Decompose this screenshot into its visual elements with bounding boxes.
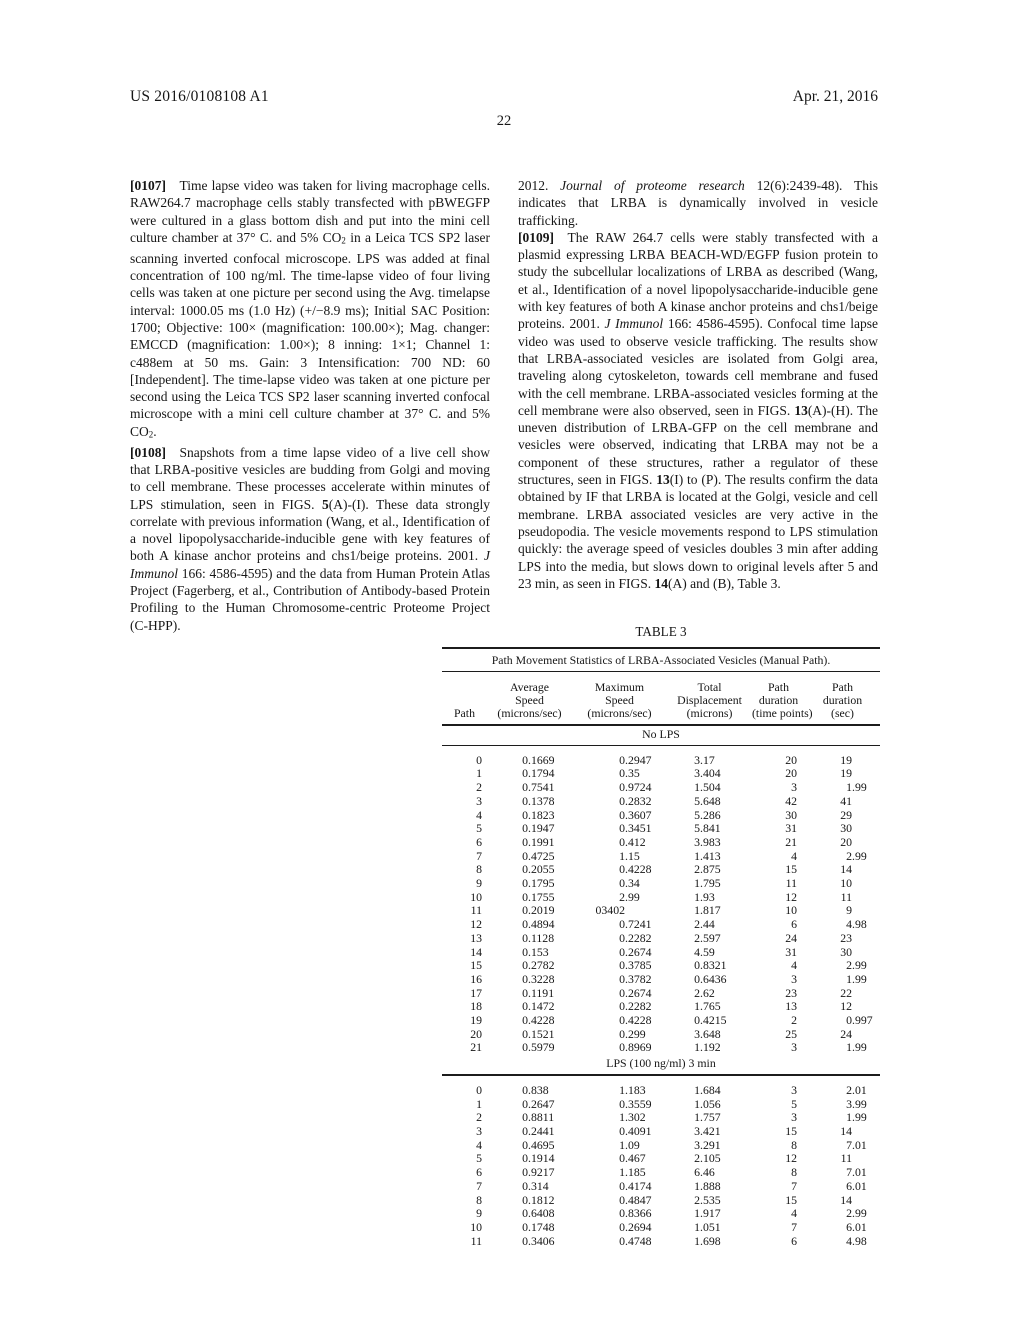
frac-part: .983 (700, 835, 721, 849)
frac-part: .3451 (625, 821, 652, 835)
int-part: 2 (667, 918, 700, 932)
value-cell: 31 (752, 822, 805, 836)
int-part: 0 (487, 795, 528, 809)
value-cell: 3.99 (805, 1098, 880, 1112)
frac-part: .153 (528, 945, 549, 959)
frac-part: .4894 (528, 917, 555, 931)
value-cell: 0.997 (805, 1014, 880, 1028)
int-part: 4 (752, 850, 797, 864)
value-cell: 0.3228 (487, 973, 572, 987)
value-cell: 42 (752, 795, 805, 809)
frac-part: .192 (700, 1040, 721, 1054)
text-run: 14 (655, 576, 669, 591)
value-cell: 0.9724 (572, 781, 667, 795)
text-run: . (153, 424, 156, 439)
frac-part: .99 (852, 1110, 867, 1124)
value-cell: 6.01 (805, 1221, 880, 1235)
int-part: 0 (572, 1221, 625, 1235)
int-part: 0 (487, 973, 528, 987)
path-id-cell: 2 (442, 1111, 487, 1125)
value-cell: 10 (805, 877, 880, 891)
frac-part: .1755 (528, 890, 555, 904)
value-cell: 1.888 (667, 1180, 752, 1194)
int-part: 0 (487, 836, 528, 850)
value-cell: 4.98 (805, 918, 880, 932)
int-part: 0 (487, 822, 528, 836)
int-part: 2 (667, 1194, 700, 1208)
int-part: 10 (805, 877, 852, 891)
int-part: 7 (752, 1180, 797, 1194)
frac-part: .5979 (528, 1040, 555, 1054)
int-part: 0 (572, 946, 625, 960)
int-part: 1 (667, 1041, 700, 1055)
frac-part: .1128 (528, 931, 554, 945)
path-id-cell: 10 (442, 891, 487, 905)
value-cell: 0.3559 (572, 1098, 667, 1112)
value-cell: 24 (752, 932, 805, 946)
int-part: 7 (805, 1139, 852, 1153)
frac-part: .1823 (528, 808, 555, 822)
table-row: 100.17480.26941.05176.01 (442, 1221, 880, 1235)
value-cell: 31 (752, 946, 805, 960)
path-id-cell: 20 (442, 1028, 487, 1042)
value-cell: 11 (805, 1152, 880, 1166)
int-part: 0 (572, 1125, 625, 1139)
path-id-cell: 19 (442, 1014, 487, 1028)
path-id-cell: 5 (442, 1152, 487, 1166)
int-part: 1 (667, 1180, 700, 1194)
int-part: 0 (572, 918, 625, 932)
int-part: 0 (487, 1221, 528, 1235)
frac-part: .2782 (528, 958, 555, 972)
frac-part: .01 (852, 1165, 867, 1179)
value-cell: 19 (805, 767, 880, 781)
frac-part: .59 (700, 945, 715, 959)
value-cell: 0.412 (572, 836, 667, 850)
frac-part: .9724 (625, 780, 652, 794)
int-part: 0 (487, 1041, 528, 1055)
value-cell: 2.99 (805, 850, 880, 864)
frac-part: .4174 (625, 1179, 652, 1193)
value-cell: 6.46 (667, 1166, 752, 1180)
text-run: 13 (656, 472, 670, 487)
int-part: 0 (572, 1000, 625, 1014)
path-id-cell: 13 (442, 932, 487, 946)
frac-part: .62 (700, 986, 715, 1000)
int-part: 0 (572, 973, 625, 987)
value-cell: 29 (805, 809, 880, 823)
int-part: 6 (805, 1221, 852, 1235)
frac-part: .2674 (625, 945, 652, 959)
int-part: 0 (572, 781, 625, 795)
table-row: 190.42280.42280.421520.997 (442, 1014, 880, 1028)
path-id-cell: 3 (442, 1125, 487, 1139)
frac-part: .2055 (528, 862, 555, 876)
frac-part: .99 (852, 1097, 867, 1111)
table-row: 80.18120.48472.5351514 (442, 1194, 880, 1208)
int-part: 5 (667, 809, 700, 823)
int-part: 0 (487, 850, 528, 864)
frac-part: .765 (700, 999, 721, 1013)
table-row: 40.18230.36075.2863029 (442, 809, 880, 823)
paragraph: [0109] The RAW 264.7 cells were stably t… (518, 229, 878, 592)
value-cell: 0.6408 (487, 1207, 572, 1221)
path-id-cell: 9 (442, 877, 487, 891)
path-id-cell: 12 (442, 918, 487, 932)
frac-part: .01 (852, 1138, 867, 1152)
int-part: 6 (667, 1166, 700, 1180)
int-part: 4 (752, 1207, 797, 1221)
int-part: 2 (805, 1084, 852, 1098)
int-part: 0 (487, 781, 528, 795)
value-cell: 2.01 (805, 1075, 880, 1098)
column-header: TotalDisplacement(microns) (667, 672, 752, 725)
int-part: 0 (487, 1014, 528, 1028)
frac-part: .01 (852, 1179, 867, 1193)
path-id-cell: 11 (442, 904, 487, 918)
frac-part: .3782 (625, 972, 652, 986)
int-part: 0 (487, 946, 528, 960)
path-id-cell: 5 (442, 822, 487, 836)
int-part: 14 (805, 1194, 852, 1208)
value-cell: 3 (752, 1075, 805, 1098)
frac-part: .684 (700, 1083, 721, 1097)
int-part: 15 (752, 863, 797, 877)
int-part: 0 (572, 1098, 625, 1112)
value-cell: 0.9217 (487, 1166, 572, 1180)
int-part: 0 (487, 1166, 528, 1180)
value-cell: 25 (752, 1028, 805, 1042)
int-part: 11 (752, 877, 797, 891)
value-cell: 30 (805, 822, 880, 836)
value-cell: 1.795 (667, 877, 752, 891)
int-part: 42 (752, 795, 797, 809)
value-cell: 0.2441 (487, 1125, 572, 1139)
path-id-cell: 2 (442, 781, 487, 795)
frac-part: .7541 (528, 780, 555, 794)
int-part: 0 (667, 1014, 700, 1028)
int-part: 15 (752, 1194, 797, 1208)
int-part: 3 (667, 1125, 700, 1139)
value-cell: 03402 (572, 904, 667, 918)
frac-part: .98 (852, 917, 867, 931)
frac-part: .875 (700, 862, 721, 876)
value-cell: 0.2055 (487, 863, 572, 877)
value-cell: 2 (752, 1014, 805, 1028)
int-part: 0 (572, 877, 625, 891)
int-part: 7 (752, 1221, 797, 1235)
frac-part: .4725 (528, 849, 555, 863)
int-part: 0 (572, 1014, 625, 1028)
int-part: 0 (667, 973, 700, 987)
value-cell: 24 (805, 1028, 880, 1042)
value-cell: 0.2282 (572, 1000, 667, 1014)
left-column: [0107] Time lapse video was taken for li… (130, 177, 490, 634)
int-part: 0 (487, 1084, 528, 1098)
text-run: in a Leica TCS SP2 laser scanning invert… (130, 230, 490, 439)
int-part: 3 (805, 1098, 852, 1112)
frac-part: .413 (700, 849, 721, 863)
value-cell: 9 (805, 904, 880, 918)
value-cell: 1.99 (805, 1111, 880, 1125)
table-row: 10.17940.353.4042019 (442, 767, 880, 781)
value-cell: 0.1823 (487, 809, 572, 823)
value-cell: 2.99 (805, 959, 880, 973)
value-cell: 0.4894 (487, 918, 572, 932)
table-row: 50.19140.4672.1051211 (442, 1152, 880, 1166)
value-cell: 8 (752, 1166, 805, 1180)
int-part: 1 (572, 1111, 625, 1125)
frac-part: .4091 (625, 1124, 652, 1138)
frac-part: .1795 (528, 876, 555, 890)
value-cell: 20 (752, 745, 805, 767)
value-cell: 0.838 (487, 1075, 572, 1098)
value-cell: 0.7541 (487, 781, 572, 795)
int-part: 23 (805, 932, 852, 946)
value-cell: 30 (752, 809, 805, 823)
int-part: 0 (487, 1111, 528, 1125)
section-label: LPS (100 ng/ml) 3 min (442, 1055, 880, 1075)
value-cell: 3.421 (667, 1125, 752, 1139)
path-id-cell: 18 (442, 1000, 487, 1014)
frac-part: .93 (700, 890, 715, 904)
value-cell: 0.1947 (487, 822, 572, 836)
value-cell: 2.105 (667, 1152, 752, 1166)
path-id-cell: 14 (442, 946, 487, 960)
value-cell: 1.99 (805, 781, 880, 795)
frac-part: .2282 (625, 999, 652, 1013)
path-id-cell: 0 (442, 1075, 487, 1098)
right-column: 2012. Journal of proteome research 12(6)… (518, 177, 878, 634)
value-cell: 0.4228 (572, 1014, 667, 1028)
frac-part: .34 (625, 876, 640, 890)
value-cell: 0.6436 (667, 973, 752, 987)
int-part: 4 (805, 1235, 852, 1249)
value-cell: 0.1812 (487, 1194, 572, 1208)
int-part: 0 (572, 932, 625, 946)
table-3: TABLE 3 Path Movement Statistics of LRBA… (442, 624, 880, 1248)
value-cell: 19 (805, 745, 880, 767)
value-cell: 6 (752, 918, 805, 932)
value-cell: 0.2694 (572, 1221, 667, 1235)
int-part: 2 (572, 891, 625, 905)
int-part: 31 (752, 946, 797, 960)
int-part: 0 (487, 1125, 528, 1139)
value-cell: 7.01 (805, 1166, 880, 1180)
int-part: 0 (487, 918, 528, 932)
text-run: [0107] (130, 178, 166, 193)
path-id-cell: 21 (442, 1041, 487, 1055)
patent-page: US 2016/0108108 A1 Apr. 21, 2016 22 [010… (0, 0, 1024, 1320)
value-cell: 0.8969 (572, 1041, 667, 1055)
int-part: 1 (667, 891, 700, 905)
header-row: PathAverageSpeed(microns/sec)MaximumSpee… (442, 672, 880, 725)
int-part: 20 (752, 754, 797, 768)
text-run: 5 (322, 497, 329, 512)
frac-part: .314 (528, 1179, 549, 1193)
int-part: 25 (752, 1028, 797, 1042)
text-run: [0108] (130, 445, 166, 460)
int-part: 3 (752, 781, 797, 795)
frac-part: .3228 (528, 972, 555, 986)
value-cell: 41 (805, 795, 880, 809)
frac-part: .17 (700, 753, 715, 767)
int-part: 1 (572, 1084, 625, 1098)
value-cell: 0.2782 (487, 959, 572, 973)
value-cell: 0.2674 (572, 946, 667, 960)
frac-part: .99 (625, 890, 640, 904)
frac-part: .3607 (625, 808, 652, 822)
frac-part: .4228 (625, 862, 652, 876)
value-cell: 20 (752, 767, 805, 781)
frac-part: .648 (700, 794, 721, 808)
value-cell: 10 (752, 904, 805, 918)
value-cell: 1.413 (667, 850, 752, 864)
value-cell: 15 (752, 863, 805, 877)
table-row: 10.26470.35591.05653.99 (442, 1098, 880, 1112)
value-cell: 0.35 (572, 767, 667, 781)
int-part: 30 (805, 946, 852, 960)
value-cell: 0.2019 (487, 904, 572, 918)
path-id-cell: 6 (442, 1166, 487, 1180)
paragraph: 2012. Journal of proteome research 12(6)… (518, 177, 878, 229)
path-id-cell: 17 (442, 987, 487, 1001)
int-part: 2 (667, 863, 700, 877)
int-part: 1 (667, 1084, 700, 1098)
frac-part: .291 (700, 1138, 721, 1152)
value-cell: 1.183 (572, 1075, 667, 1098)
table-section: LPS (100 ng/ml) 3 min00.8381.1831.68432.… (442, 1055, 880, 1248)
int-part: 12 (752, 1152, 797, 1166)
int-part: 1 (667, 1000, 700, 1014)
frac-part: .183 (625, 1083, 646, 1097)
path-id-cell: 3 (442, 795, 487, 809)
int-part: 1 (805, 973, 852, 987)
table-section: No LPS00.16690.29473.17201910.17940.353.… (442, 725, 880, 1055)
value-cell: 0.153 (487, 946, 572, 960)
path-id-cell: 8 (442, 863, 487, 877)
int-part: 1 (667, 1235, 700, 1249)
paragraph: [0108] Snapshots from a time lapse video… (130, 444, 490, 634)
value-cell: 11 (752, 877, 805, 891)
value-cell: 1.684 (667, 1075, 752, 1098)
int-part: 0 (572, 822, 625, 836)
frac-part: .2674 (625, 986, 652, 1000)
frac-part: .2441 (528, 1124, 555, 1138)
value-cell: 1.051 (667, 1221, 752, 1235)
frac-part: .1991 (528, 835, 555, 849)
table-row: 160.32280.37820.643631.99 (442, 973, 880, 987)
path-id-cell: 11 (442, 1235, 487, 1249)
int-part: 2 (667, 1152, 700, 1166)
table-row: 80.20550.42282.8751514 (442, 863, 880, 877)
int-part: 0 (572, 959, 625, 973)
table-row: 200.15210.2993.6482524 (442, 1028, 880, 1042)
int-part: 19 (805, 767, 852, 781)
frac-part: .1669 (528, 753, 555, 767)
value-cell: 0.3782 (572, 973, 667, 987)
path-id-cell: 16 (442, 973, 487, 987)
frac-part: .4228 (528, 1013, 555, 1027)
text-run: 13 (794, 403, 808, 418)
int-part: 3 (667, 1028, 700, 1042)
int-part: 11 (805, 1152, 852, 1166)
value-cell: 11 (805, 891, 880, 905)
int-part: 21 (752, 836, 797, 850)
value-cell: 23 (805, 932, 880, 946)
frac-part: .056 (700, 1097, 721, 1111)
int-part: 0 (487, 809, 528, 823)
value-cell: 3 (752, 973, 805, 987)
frac-part: .286 (700, 808, 721, 822)
frac-part: .6436 (700, 972, 727, 986)
int-part: 4 (752, 959, 797, 973)
value-cell: 0.467 (572, 1152, 667, 1166)
frac-part: .997 (852, 1013, 873, 1027)
frac-part: .8969 (625, 1040, 652, 1054)
int-part: 5 (667, 822, 700, 836)
path-statistics-table: PathAverageSpeed(microns/sec)MaximumSpee… (442, 672, 880, 1248)
frac-part: .1794 (528, 766, 555, 780)
publication-date: Apr. 21, 2016 (793, 88, 878, 106)
value-cell: 13 (752, 1000, 805, 1014)
int-part: 30 (805, 822, 852, 836)
value-cell: 15 (752, 1194, 805, 1208)
frac-part: .7241 (625, 917, 652, 931)
value-cell: 2.597 (667, 932, 752, 946)
value-cell: 0.34 (572, 877, 667, 891)
int-part: 0 (487, 1194, 528, 1208)
frac-part: .9217 (528, 1165, 555, 1179)
int-part: 0 (487, 1235, 528, 1249)
frac-part: .99 (852, 1040, 867, 1054)
int-part: 1 (572, 1139, 625, 1153)
value-cell: 0.7241 (572, 918, 667, 932)
table-row: 40.46951.093.29187.01 (442, 1139, 880, 1153)
value-cell: 1.15 (572, 850, 667, 864)
value-cell: 0.314 (487, 1180, 572, 1194)
value-cell: 0.1795 (487, 877, 572, 891)
value-cell: 0.1914 (487, 1152, 572, 1166)
frac-part: .535 (700, 1193, 721, 1207)
value-cell: 0.8366 (572, 1207, 667, 1221)
frac-part: .412 (625, 835, 646, 849)
int-part: 2 (805, 959, 852, 973)
frac-part: .421 (700, 1124, 721, 1138)
value-cell: 0.4215 (667, 1014, 752, 1028)
int-part: 11 (805, 891, 852, 905)
int-part: 1 (667, 1207, 700, 1221)
value-cell: 14 (805, 1125, 880, 1139)
frac-part: .98 (852, 1234, 867, 1248)
frac-part: .648 (700, 1027, 721, 1041)
value-cell: 1.192 (667, 1041, 752, 1055)
table-row: 110.2019034021.817109 (442, 904, 880, 918)
value-cell: 1.302 (572, 1111, 667, 1125)
value-cell: 2.44 (667, 918, 752, 932)
frac-part: .09 (625, 1138, 640, 1152)
int-part: 1 (572, 850, 625, 864)
int-part: 2 (805, 850, 852, 864)
value-cell: 0.3607 (572, 809, 667, 823)
int-part: 0 (487, 904, 528, 918)
table-box: Path Movement Statistics of LRBA-Associa… (442, 647, 880, 1248)
value-cell: 30 (805, 946, 880, 960)
value-cell: 7 (752, 1221, 805, 1235)
table-header: PathAverageSpeed(microns/sec)MaximumSpee… (442, 672, 880, 725)
frac-part: .8321 (700, 958, 727, 972)
table-row: 00.8381.1831.68432.01 (442, 1075, 880, 1098)
